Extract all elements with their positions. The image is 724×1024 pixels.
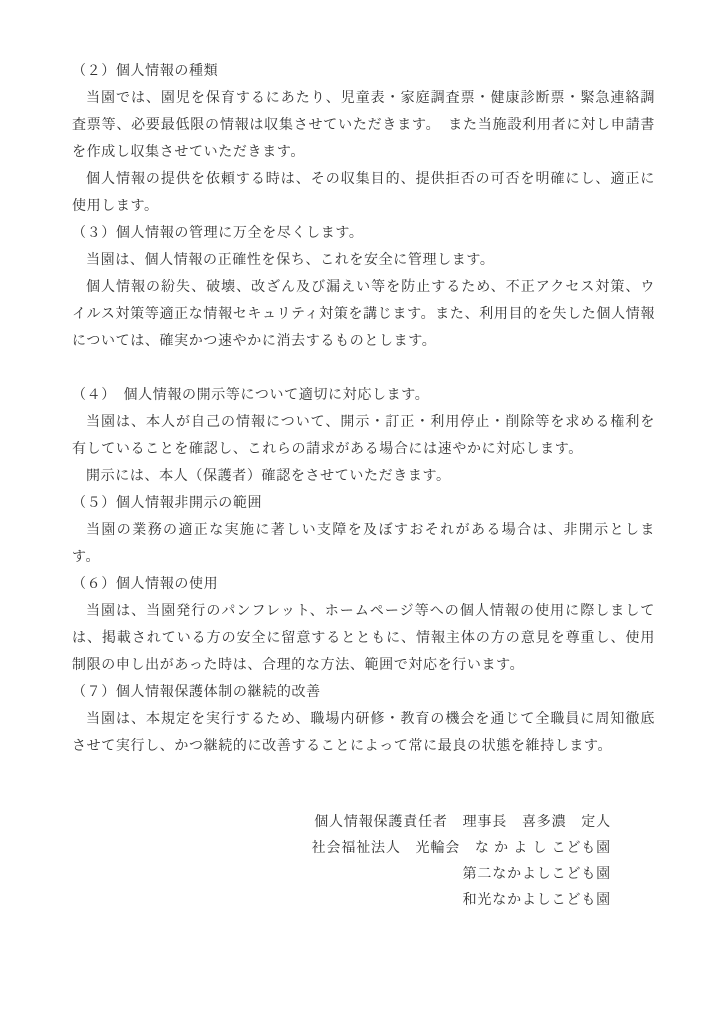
- section-5-paragraph-1: 当園の業務の適正な実施に著しい支障を及ぼすおそれがある場合は、非開示とします。: [72, 517, 655, 571]
- section-3-heading: （３）個人情報の管理に万全を尽くします。: [72, 220, 655, 247]
- signature-line-responsible-person: 個人情報保護責任者 理事長 喜多濃 定人: [72, 810, 611, 836]
- section-2-heading: （２）個人情報の種類: [72, 58, 655, 85]
- signature-line-corporation: 社会福祉法人 光輪会 な か よ し こども園: [72, 836, 611, 862]
- section-5-heading: （５）個人情報非開示の範囲: [72, 490, 655, 517]
- signature-line-facility-2: 第二なかよしこども園: [72, 862, 611, 888]
- section-4-paragraph-2: 開示には、本人（保護者）確認をさせていただきます。: [72, 463, 655, 490]
- section-6-paragraph-1: 当園は、当園発行のパンフレット、ホームページ等への個人情報の使用に際しましては、…: [72, 598, 655, 679]
- section-7-heading: （７）個人情報保護体制の継続的改善: [72, 679, 655, 706]
- section-7-paragraph-1: 当園は、本規定を実行するため、職場内研修・教育の機会を通じて全職員に周知徹底させ…: [72, 706, 655, 760]
- signature-line-facility-3: 和光なかよしこども園: [72, 888, 611, 914]
- section-3-paragraph-1: 当園は、個人情報の正確性を保ち、これを安全に管理します。: [72, 247, 655, 274]
- section-2-paragraph-1: 当園では、園児を保育するにあたり、児童表・家庭調査票・健康診断票・緊急連絡調査票…: [72, 85, 655, 166]
- section-2-paragraph-2: 個人情報の提供を依頼する時は、その収集目的、提供拒否の可否を明確にし、適正に使用…: [72, 166, 655, 220]
- section-3-paragraph-2: 個人情報の紛失、破壊、改ざん及び漏えい等を防止するため、不正アクセス対策、ウイル…: [72, 274, 655, 355]
- document-body: （２）個人情報の種類 当園では、園児を保育するにあたり、児童表・家庭調査票・健康…: [72, 58, 655, 760]
- section-4-heading: （４） 個人情報の開示等について適切に対応します。: [72, 382, 655, 409]
- document-page: （２）個人情報の種類 当園では、園児を保育するにあたり、児童表・家庭調査票・健康…: [0, 0, 724, 1024]
- section-4-paragraph-1: 当園は、本人が自己の情報について、開示・訂正・利用停止・削除等を求める権利を有し…: [72, 409, 655, 463]
- section-6-heading: （６）個人情報の使用: [72, 571, 655, 598]
- signature-block: 個人情報保護責任者 理事長 喜多濃 定人 社会福祉法人 光輪会 な か よ し …: [72, 810, 655, 914]
